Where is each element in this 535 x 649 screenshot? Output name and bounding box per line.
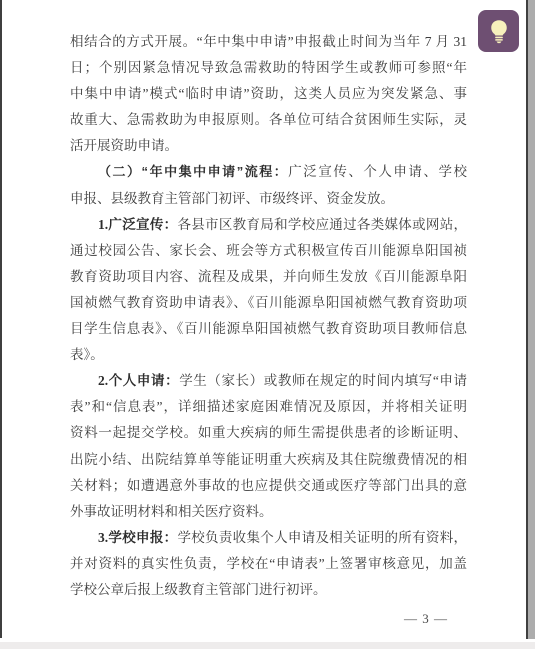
text-line: 国祯燃气教育资助申请表》、《百川能源阜阳国祯燃气教育资助项	[70, 290, 467, 316]
text-line: 活开展资助申请。	[70, 133, 467, 159]
line-text: 出院小结、出院结算单等能证明重大疾病及其住院缴费情况的相	[70, 452, 467, 467]
line-text: 学校公章后报上级教育主管部门进行初评。	[70, 582, 327, 597]
text-line: 3.学校申报：学校负责收集个人申请及相关证明的所有资料，	[70, 525, 467, 551]
line-text: 外事故证明材料和相关医疗资料。	[70, 504, 273, 519]
text-line: 中集中申请”模式“临时申请”资助，这类人员应为突发紧急、事	[70, 81, 467, 107]
line-text: 日；个别因紧急情况导致急需救助的特困学生或教师可参照“年	[70, 60, 467, 75]
line-text: 广泛宣传、个人申请、学校	[288, 164, 467, 179]
paragraph-lead-in: 1.广泛宣传：	[98, 217, 177, 232]
text-line: 资料一起提交学校。如重大疾病的师生需提供患者的诊断证明、	[70, 420, 467, 446]
lightbulb-button[interactable]	[478, 10, 519, 52]
line-text: 表”和“信息表”，详细描述家庭困难情况及原因，并将相关证明	[70, 399, 467, 414]
line-text: 中集中申请”模式“临时申请”资助，这类人员应为突发紧急、事	[70, 86, 467, 101]
line-text: 相结合的方式开展。“年中集中申请”申报截止时间为当年 7 月 31	[70, 34, 467, 49]
line-text: 关材料；如遭遇意外事故的也应提供交通或医疗等部门出具的意	[70, 478, 467, 493]
text-line: 1.广泛宣传：各县市区教育局和学校应通过各类媒体或网站，	[70, 212, 467, 238]
line-text: 学校负责收集个人申请及相关证明的所有资料，	[177, 530, 467, 545]
text-line: 学校公章后报上级教育主管部门进行初评。	[70, 577, 467, 603]
text-line: 教育资助项目内容、流程及成果，并向师生发放《百川能源阜阳	[70, 264, 467, 290]
line-text: 目学生信息表》、《百川能源阜阳国祯燃气教育资助项目教师信息	[70, 321, 467, 336]
text-line: 关材料；如遭遇意外事故的也应提供交通或医疗等部门出具的意	[70, 473, 467, 499]
page-number: — 3 —	[400, 611, 452, 627]
line-text: 教育资助项目内容、流程及成果，并向师生发放《百川能源阜阳	[70, 269, 467, 284]
line-text: 资料一起提交学校。如重大疾病的师生需提供患者的诊断证明、	[70, 425, 467, 440]
text-line: 2.个人申请：学生（家长）或教师在规定的时间内填写“申请	[70, 368, 467, 394]
scan-background-bottom-strip	[0, 642, 535, 649]
text-line: （二）“年中集中申请”流程：广泛宣传、个人申请、学校	[70, 159, 467, 185]
line-text: 故重大、急需救助为申报原则。各单位可结合贫困师生实际，灵	[70, 112, 467, 127]
page-left-edge-line	[0, 0, 2, 638]
paragraph-lead-in: 3.学校申报：	[98, 530, 177, 545]
text-line: 相结合的方式开展。“年中集中申请”申报截止时间为当年 7 月 31	[70, 29, 467, 55]
paragraph-lead-in: 2.个人申请：	[98, 373, 179, 388]
line-text: 申报、县级教育主管部门初评、市级终评、资金发放。	[70, 191, 394, 206]
text-line: 故重大、急需救助为申报原则。各单位可结合贫困师生实际，灵	[70, 107, 467, 133]
line-text: 表》。	[70, 347, 104, 362]
line-text: 通过校园公告、家长会、班会等方式积极宣传百川能源阜阳国祯	[70, 243, 467, 258]
text-line: 目学生信息表》、《百川能源阜阳国祯燃气教育资助项目教师信息	[70, 316, 467, 342]
text-line: 表”和“信息表”，详细描述家庭困难情况及原因，并将相关证明	[70, 394, 467, 420]
text-line: 通过校园公告、家长会、班会等方式积极宣传百川能源阜阳国祯	[70, 238, 467, 264]
line-text: 国祯燃气教育资助申请表》、《百川能源阜阳国祯燃气教育资助项	[70, 295, 467, 310]
text-line: 表》。	[70, 342, 467, 368]
document-body: 相结合的方式开展。“年中集中申请”申报截止时间为当年 7 月 31日；个别因紧急…	[70, 29, 467, 603]
line-text: 活开展资助申请。	[70, 138, 178, 153]
scan-background-right-strip	[528, 0, 535, 639]
scanned-document-page: 相结合的方式开展。“年中集中申请”申报截止时间为当年 7 月 31日；个别因紧急…	[0, 0, 535, 649]
line-text: 各县市区教育局和学校应通过各类媒体或网站，	[177, 217, 467, 232]
line-text: 并对资料的真实性负责，学校在“申请表”上签署审核意见，加盖	[70, 556, 467, 571]
lightbulb-icon	[487, 18, 511, 45]
text-line: 日；个别因紧急情况导致急需救助的特困学生或教师可参照“年	[70, 55, 467, 81]
text-line: 出院小结、出院结算单等能证明重大疾病及其住院缴费情况的相	[70, 447, 467, 473]
line-text: 学生（家长）或教师在规定的时间内填写“申请	[179, 373, 467, 388]
text-line: 并对资料的真实性负责，学校在“申请表”上签署审核意见，加盖	[70, 551, 467, 577]
paragraph-lead-in: （二）“年中集中申请”流程：	[98, 164, 288, 179]
text-line: 申报、县级教育主管部门初评、市级终评、资金发放。	[70, 186, 467, 212]
text-line: 外事故证明材料和相关医疗资料。	[70, 499, 467, 525]
